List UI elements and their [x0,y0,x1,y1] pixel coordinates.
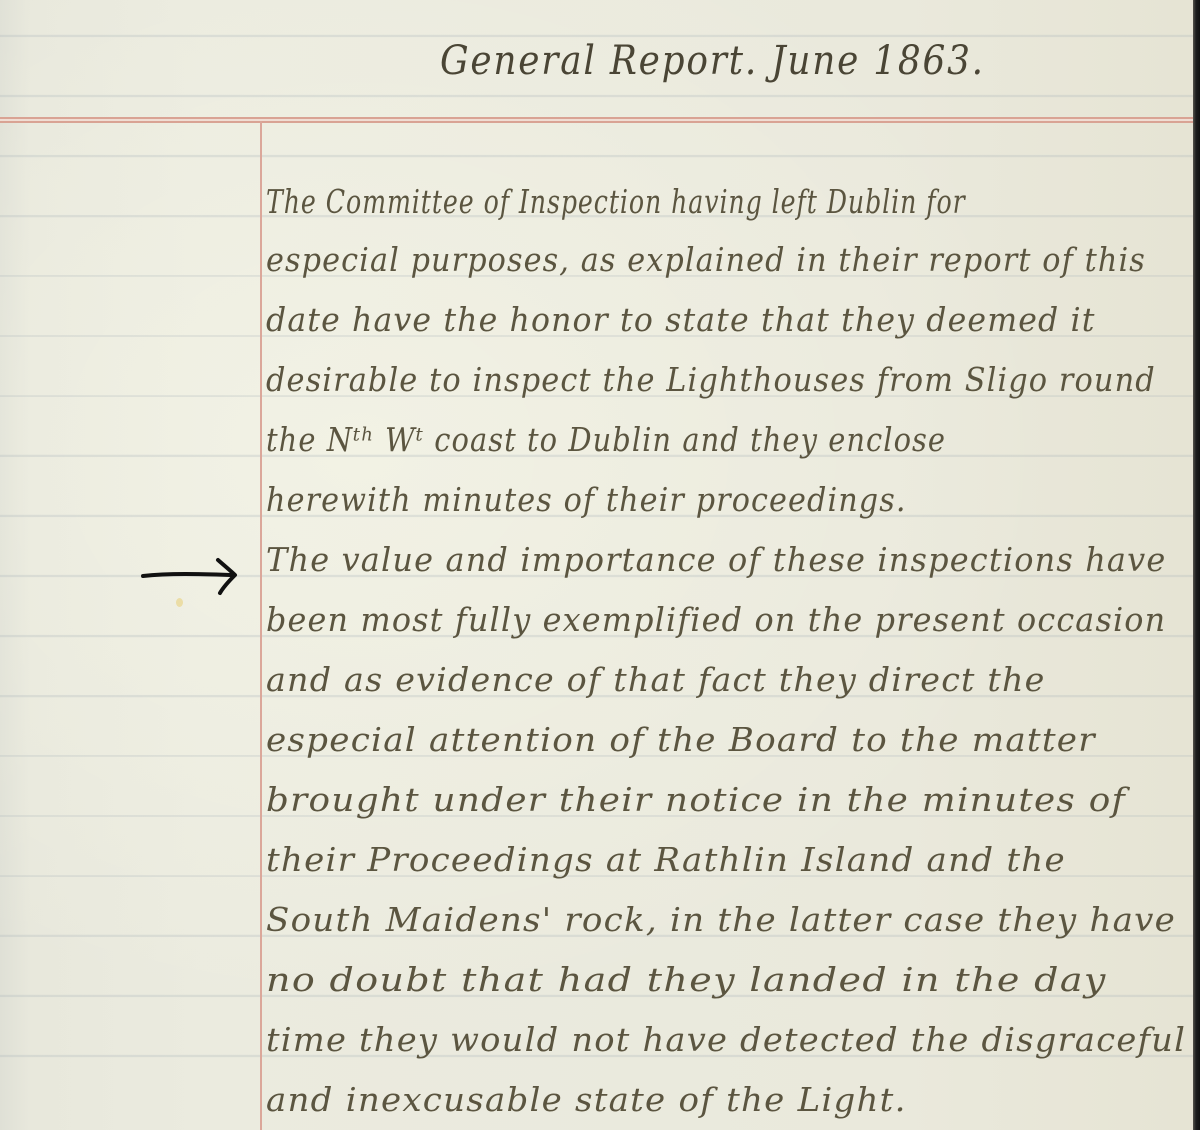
text-line: The Committee of Inspection having left … [266,182,966,221]
text-line: herewith minutes of their proceedings. [266,480,907,519]
text-line: time they would not have detected the di… [266,1020,1186,1059]
text-line: brought under their notice in the minute… [266,780,1126,819]
paper-stain [176,598,183,607]
page-title: General Report. June 1863. [440,38,942,84]
manuscript-page: General Report. June 1863. The Committee… [0,0,1193,1130]
text-line: their Proceedings at Rathlin Island and … [266,840,1066,879]
text-line: desirable to inspect the Lighthouses fro… [266,360,1156,399]
left-margin-rule [260,121,262,1130]
text-line-marked: The value and importance of these inspec… [266,540,1166,579]
text-line: no doubt that had they landed in the day [266,960,1107,999]
header-double-rule [0,117,1193,123]
text-line: date have the honor to state that they d… [266,300,1096,339]
text-line: and inexcusable state of the Light. [266,1080,907,1119]
arrow-right-icon [140,556,240,596]
text-line: been most fully exemplified on the prese… [266,600,1166,639]
text-line: and as evidence of that fact they direct… [266,660,1046,699]
scanner-edge [1193,0,1200,1130]
text-line: the Nᵗʰ Wᵗ coast to Dublin and they encl… [266,420,946,459]
text-line: South Maidens' rock, in the latter case … [266,900,1176,939]
text-line: especial purposes, as explained in their… [266,240,1146,279]
text-line: especial attention of the Board to the m… [266,720,1096,759]
